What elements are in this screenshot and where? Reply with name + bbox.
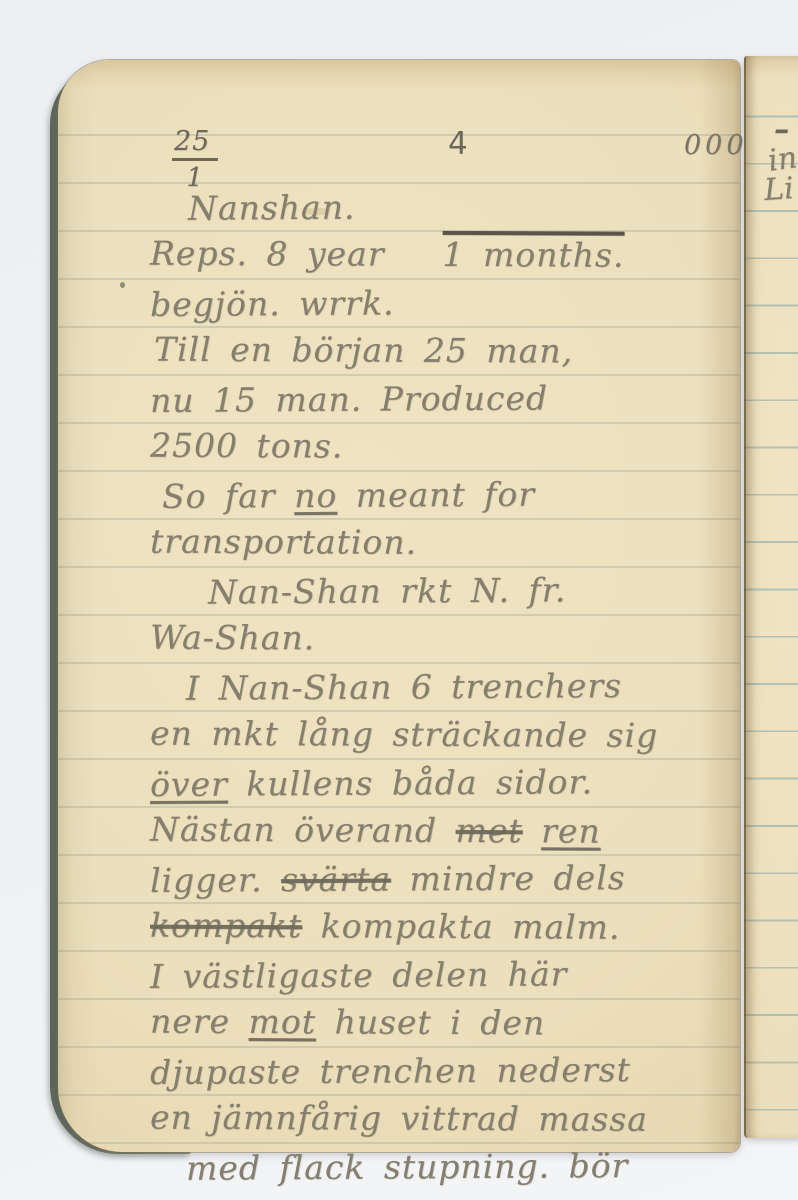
handwriting-segment: nere xyxy=(150,1002,249,1041)
handwriting-segment: huset i den xyxy=(316,1002,545,1042)
handwriting-segment: Nan-Shan rkt N. fr. xyxy=(208,570,567,611)
date-numerator: 25 xyxy=(172,128,218,161)
handwriting-segment: 2500 tons. xyxy=(150,426,343,466)
manuscript-line: Nan-Shan rkt N. fr. xyxy=(150,566,790,618)
manuscript-line: kompakt kompakta malm. xyxy=(150,903,790,954)
notebook-scan: 25 1 4 0008 Nanshan.Reps. 8 year1 months… xyxy=(0,0,798,1200)
handwriting-segment: 1 months. xyxy=(442,235,624,275)
manuscript-line: Nanshan. xyxy=(150,182,790,234)
manuscript-lines: Nanshan.Reps. 8 year1 months.begjön. wrr… xyxy=(150,184,790,1192)
manuscript-line: Nästan överand met ren xyxy=(150,807,790,858)
handwriting-segment: Nästan överand xyxy=(150,810,456,850)
handwriting-segment: I Nan-Shan 6 trenchers xyxy=(186,666,622,708)
handwriting-segment: djupaste trenchen nederst xyxy=(150,1050,631,1092)
manuscript-line: So far no meant for xyxy=(150,470,790,522)
handwriting-segment: mot xyxy=(249,1002,317,1041)
struck-word: met xyxy=(455,811,522,850)
paper-fleck xyxy=(120,282,125,288)
page-number: 4 xyxy=(448,126,468,162)
manuscript-line: nu 15 man. Produced xyxy=(150,374,790,426)
manuscript-line: djupaste trenchen nederst xyxy=(150,1046,790,1098)
manuscript-line: ligger. svärta mindre dels xyxy=(150,854,790,906)
handwriting-segment: ren xyxy=(541,811,601,850)
manuscript-line: Till en början 25 man, xyxy=(150,327,790,378)
handwriting-segment: meant for xyxy=(337,475,535,515)
handwriting-segment: en jämnfårig vittrad massa xyxy=(150,1098,648,1139)
handwriting-segment: över xyxy=(150,764,228,803)
handwriting-segment: transportation. xyxy=(150,522,417,562)
manuscript-line: transportation. xyxy=(150,519,790,570)
handwriting-segment: Reps. 8 year xyxy=(150,234,385,274)
handwriting-segment: Till en början 25 man, xyxy=(154,330,573,371)
handwriting-segment: en mkt lång sträckande sig xyxy=(150,714,658,755)
struck-word: kompakt xyxy=(150,906,302,946)
handwriting-segment: So far xyxy=(162,476,294,516)
handwriting-segment: nu 15 man. Produced xyxy=(150,379,548,420)
notebook-page-left: 25 1 4 0008 Nanshan.Reps. 8 year1 months… xyxy=(58,60,740,1152)
handwriting-segment: Nanshan. xyxy=(188,188,356,228)
manuscript-line: Wa-Shan. xyxy=(150,615,790,666)
handwriting-segment: kullens båda sidor. xyxy=(228,762,593,803)
notebook-page-right-sliver: – in Li xyxy=(744,56,798,1138)
manuscript-line: Reps. 8 year1 months. xyxy=(150,231,790,282)
manuscript-line: I Nan-Shan 6 trenchers xyxy=(150,662,790,714)
manuscript-line: med flack stupning. bör xyxy=(150,1142,790,1194)
handwriting-segment xyxy=(523,811,542,850)
manuscript-line: begjön. wrrk. xyxy=(150,278,790,330)
handwriting-segment: mindre dels xyxy=(391,858,626,898)
manuscript-line: I västligaste delen här xyxy=(150,950,790,1002)
manuscript-line: en jämnfårig vittrad massa xyxy=(150,1095,790,1146)
manuscript-line: nere mot huset i den xyxy=(150,999,790,1050)
handwriting-segment: I västligaste delen här xyxy=(150,954,568,996)
handwriting-segment: Wa-Shan. xyxy=(150,618,315,658)
handwriting-fragment: Li xyxy=(763,171,795,208)
struck-word: svärta xyxy=(281,859,391,899)
manuscript-line: en mkt lång sträckande sig xyxy=(150,711,790,762)
manuscript-line: över kullens båda sidor. xyxy=(150,758,790,810)
handwriting-segment: kompakta malm. xyxy=(302,906,620,946)
handwriting-segment: no xyxy=(294,476,337,515)
manuscript-line: 2500 tons. xyxy=(150,423,790,474)
date-fraction: 25 1 xyxy=(172,128,218,191)
handwriting-segment: ligger. xyxy=(150,860,281,900)
handwriting-segment: begjön. wrrk. xyxy=(150,283,395,323)
handwriting-segment: med flack stupning. bör xyxy=(186,1146,629,1188)
